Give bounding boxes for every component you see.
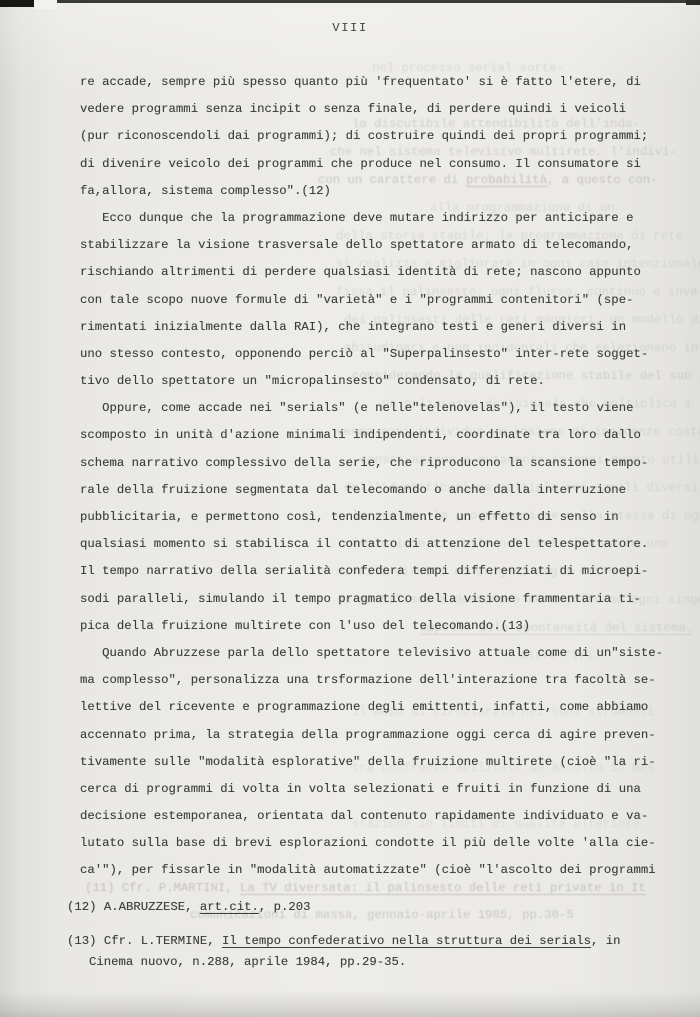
- body-line: vedere programmi senza incipit o senza f…: [80, 96, 680, 123]
- body-line: schema narrativo complessivo della serie…: [80, 450, 680, 477]
- body-line: rimentati inizialmente dalla RAI), che i…: [80, 314, 680, 341]
- body-line: ca'"), per fissarle in "modalità automat…: [80, 857, 680, 884]
- footnote-marker: (12): [67, 900, 97, 914]
- body-line: pica della fruizione multirete con l'uso…: [80, 613, 680, 640]
- body-line: fa,allora, sistema complesso".(12): [80, 178, 680, 205]
- body-line: cerca di programmi di volta in volta sel…: [80, 776, 680, 803]
- body-line: con tale scopo nuove formule di "varietà…: [80, 287, 680, 314]
- body-line: decisione estemporanea, orientata dal co…: [80, 803, 680, 830]
- body-line: (pur riconoscendoli dai programmi); di c…: [80, 123, 680, 150]
- body-line: Ecco dunque che la programmazione deve m…: [80, 205, 680, 232]
- footnote-text: , p.203: [259, 900, 311, 914]
- scanned-document-page: VIII nel processo serial sorte-la discut…: [0, 0, 700, 1017]
- footnote: (13) Cfr. L.TERMINE, Il tempo confederat…: [67, 931, 620, 973]
- body-text: re accade, sempre più spesso quanto più …: [80, 69, 680, 885]
- citation-title: Il tempo confederativo nella struttura d…: [222, 934, 591, 948]
- footnote-marker: (13): [67, 934, 97, 948]
- body-line: lutato sulla base di brevi esplorazioni …: [80, 830, 680, 857]
- body-line: tivamente sulle "modalità esplorative" d…: [80, 749, 680, 776]
- body-line: qualsiasi momento si stabilisca il conta…: [80, 531, 680, 558]
- body-line: ma complesso", personalizza una trsforma…: [80, 667, 680, 694]
- body-line: lettive del ricevente e programmazione d…: [80, 694, 680, 721]
- body-line: uno stesso contesto, opponendo perciò al…: [80, 341, 680, 368]
- footnote-line: (12) A.ABRUZZESE, art.cit., p.203: [67, 897, 311, 918]
- footnote-text: Cfr. L.TERMINE,: [97, 934, 222, 948]
- body-line: rischiando altrimenti di perdere qualsia…: [80, 259, 680, 286]
- citation-title: art.cit.: [200, 900, 259, 914]
- body-line: sodi paralleli, simulando il tempo pragm…: [80, 586, 680, 613]
- body-line: rale della fruizione segmentata dal tele…: [80, 477, 680, 504]
- body-line: scomposto in unità d'azione minimali ind…: [80, 422, 680, 449]
- body-line: tivo dello spettatore un "micropalinsest…: [80, 368, 680, 395]
- body-line: di divenire veicolo dei programmi che pr…: [80, 151, 680, 178]
- footnote-text: A.ABRUZZESE,: [97, 900, 200, 914]
- scan-bottom-shadow: [0, 991, 700, 1017]
- body-line: Oppure, come accade nei "serials" (e nel…: [80, 395, 680, 422]
- footnote-line: Cinema nuovo, n.288, aprile 1984, pp.29-…: [67, 952, 620, 973]
- body-line: Quando Abruzzese parla dello spettatore …: [80, 640, 680, 667]
- body-line: pubblicitaria, e permettono così, tenden…: [80, 504, 680, 531]
- footnote-text: , in: [591, 934, 621, 948]
- body-line: re accade, sempre più spesso quanto più …: [80, 69, 680, 96]
- footnote-line: (13) Cfr. L.TERMINE, Il tempo confederat…: [67, 931, 620, 952]
- body-line: accennato prima, la strategia della prog…: [80, 722, 680, 749]
- body-line: Il tempo narrativo della serialità confe…: [80, 558, 680, 585]
- footnote: (12) A.ABRUZZESE, art.cit., p.203: [67, 897, 311, 918]
- body-line: stabilizzare la visione trasversale dell…: [80, 232, 680, 259]
